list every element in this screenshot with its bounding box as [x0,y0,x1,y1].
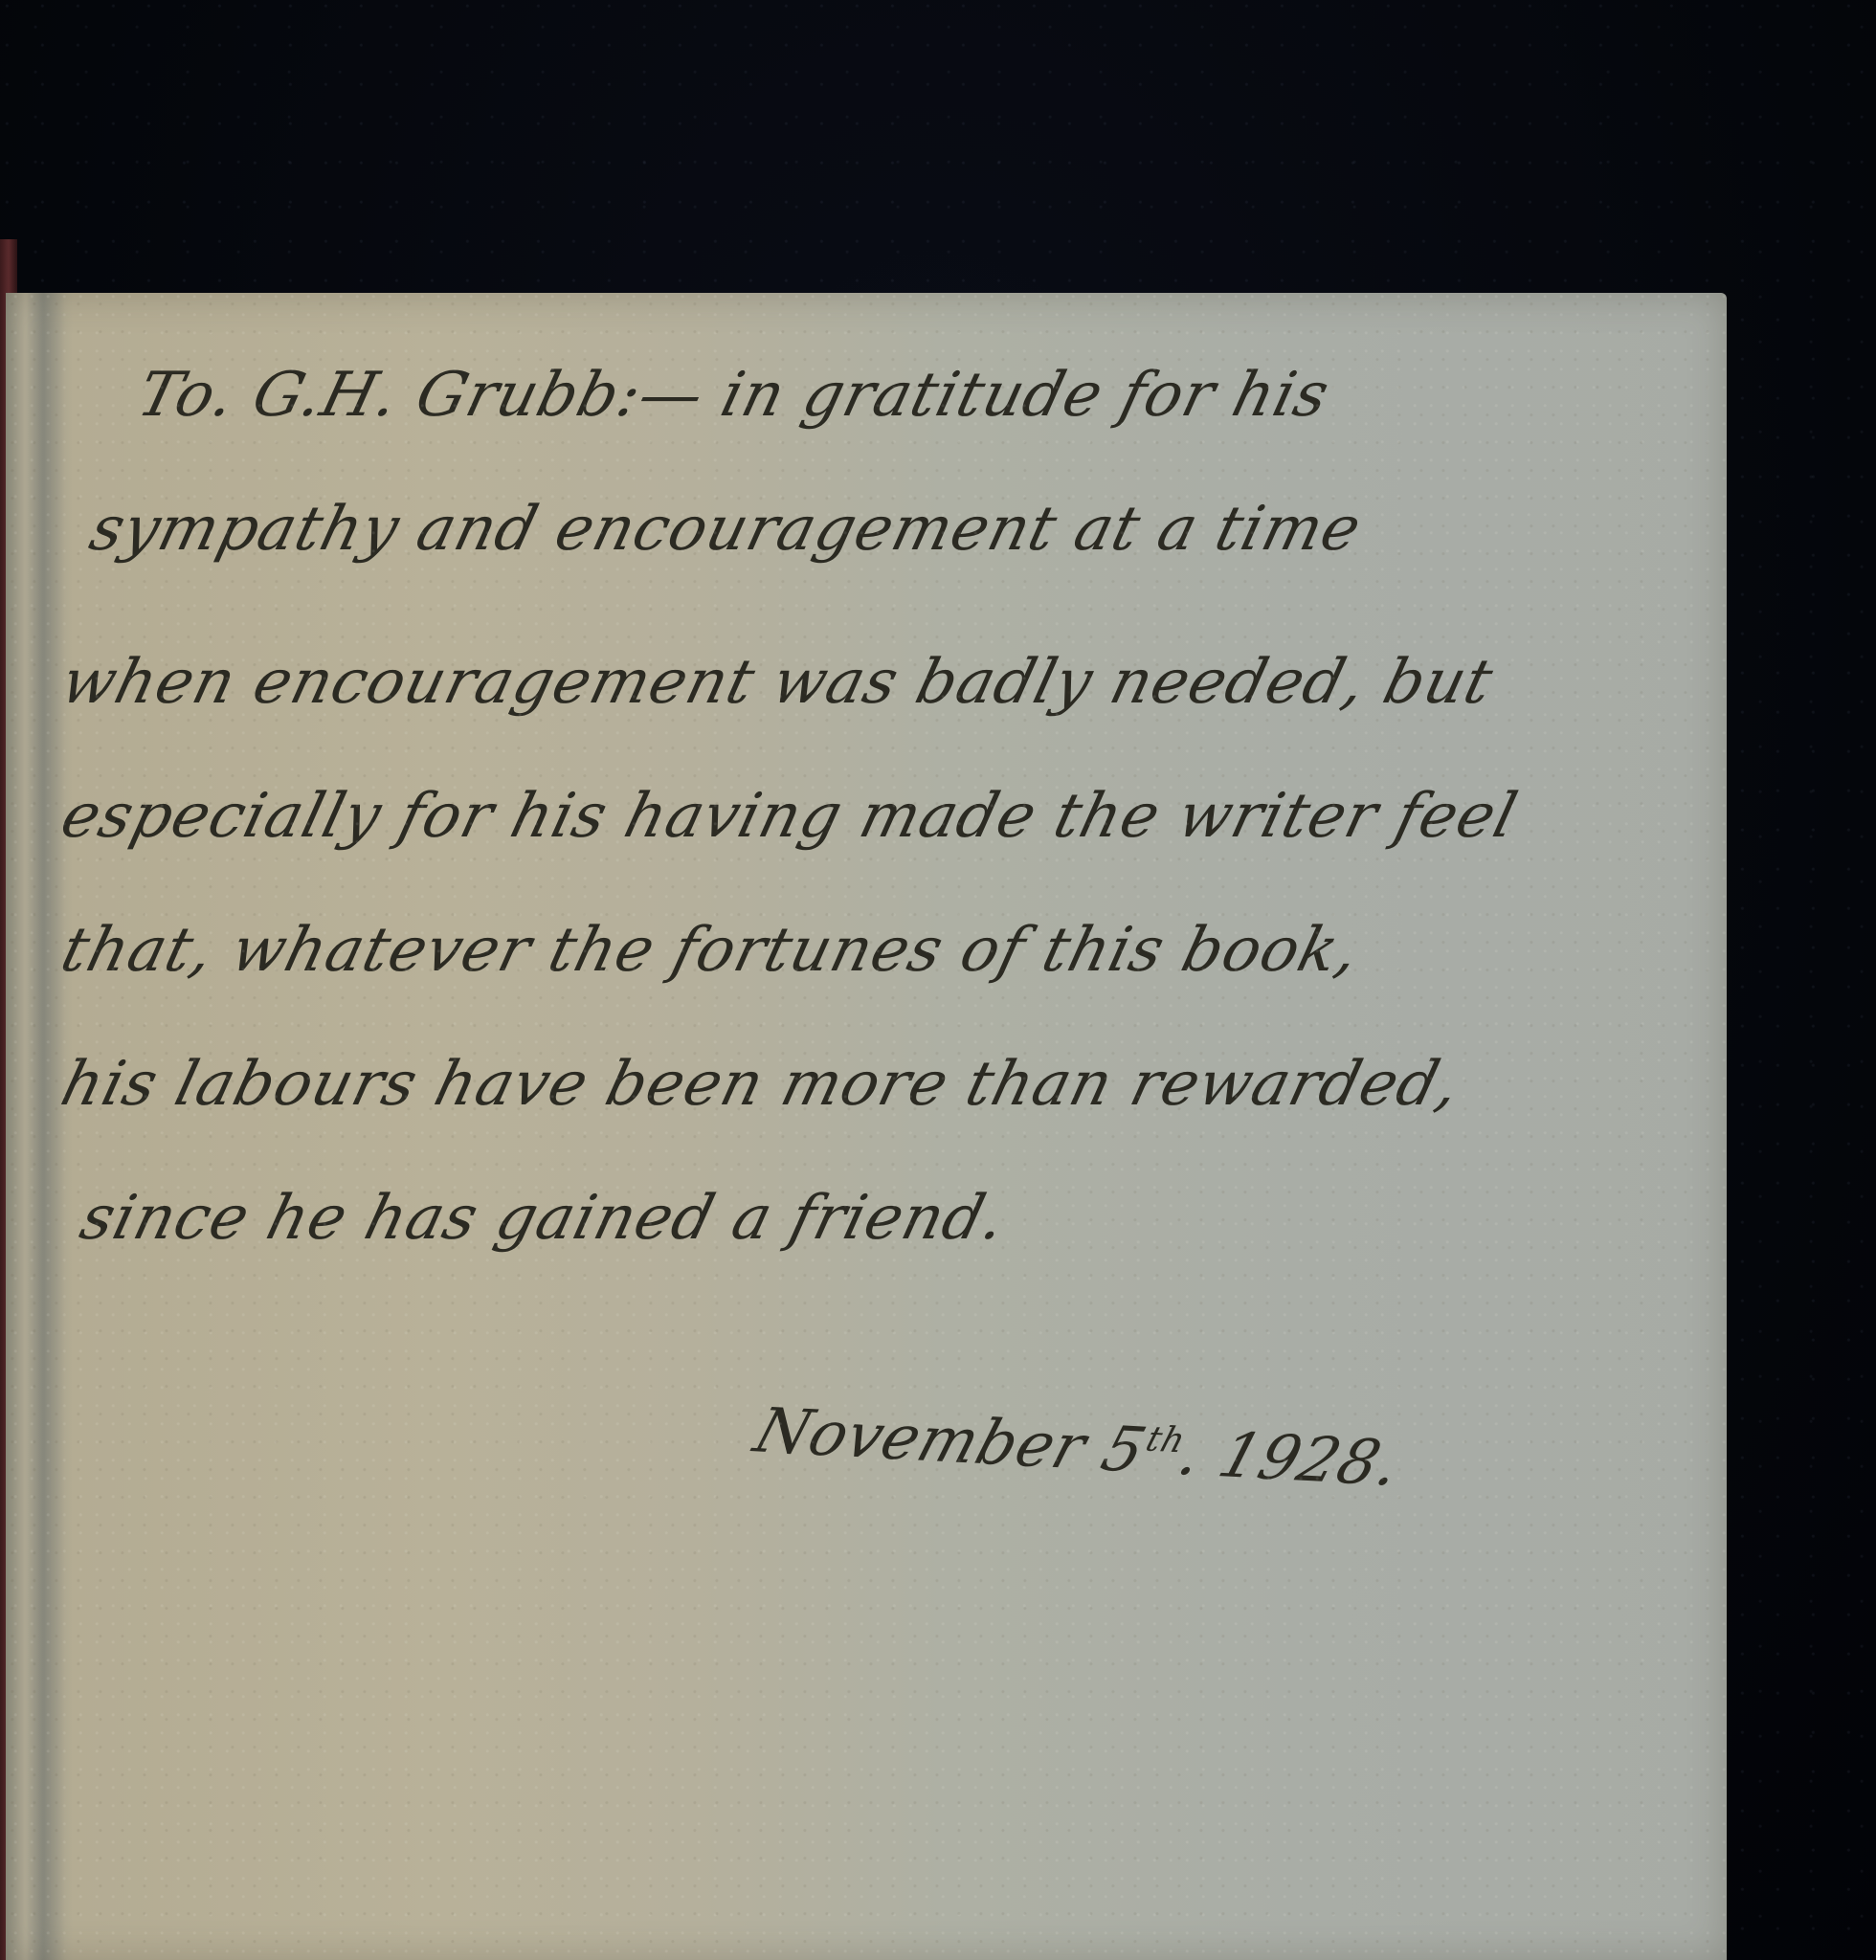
inscription-line: that, whatever the fortunes of this book… [55,915,1367,986]
inscription-line: when encouragement was badly needed, but [55,647,1501,718]
inscription-line: his labours have been more than rewarded… [55,1049,1467,1120]
date-year: . 1928. [1171,1418,1410,1501]
inscription-line: sympathy and encouragement at a time [83,494,1369,565]
inscription-line: since he has gained a friend. [74,1183,1014,1254]
inscription-line: To. G.H. Grubb:— in gratitude for his [131,360,1336,431]
page-gutter-fold [27,293,65,1960]
book-endpaper: To. G.H. Grubb:— in gratitude for his sy… [6,293,1727,1960]
inscription-line: especially for his having made the write… [55,781,1525,852]
inscription-date: November 5th. 1928. [747,1395,1410,1501]
date-month-day: November 5 [747,1395,1154,1486]
photo-scene: To. G.H. Grubb:— in gratitude for his sy… [0,0,1876,1960]
